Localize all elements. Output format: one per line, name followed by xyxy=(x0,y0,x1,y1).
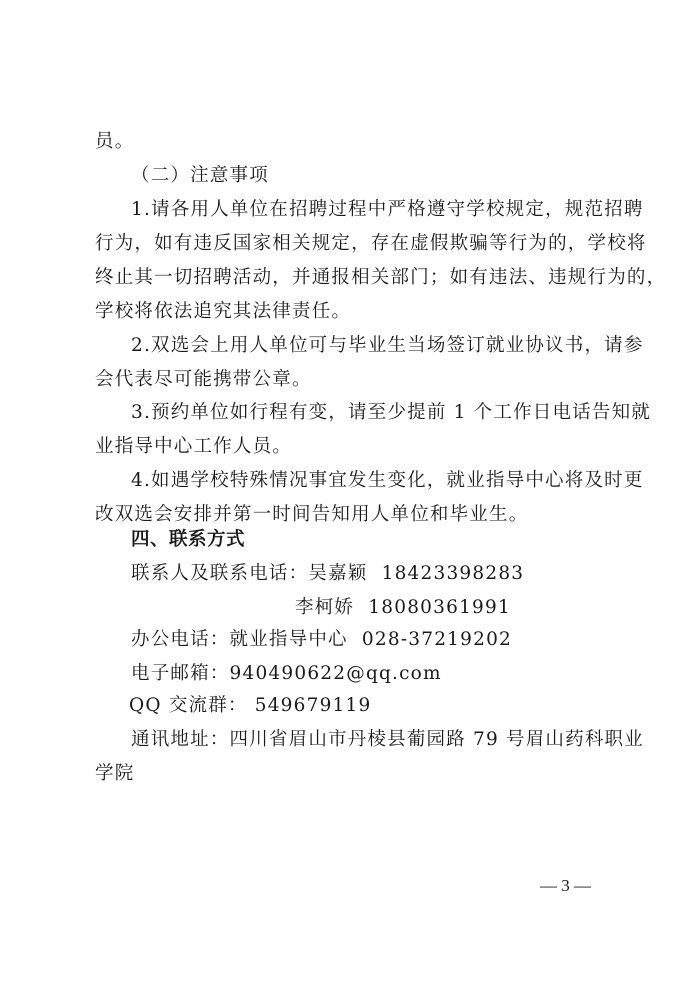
office-phone-row: 办公电话：就业指导中心 028-37219202 xyxy=(131,628,512,652)
office-phone: 028-37219202 xyxy=(362,629,512,650)
address-row: 通讯地址：四川省眉山市丹棱县葡园路 79 号眉山药科职业 xyxy=(131,728,644,752)
qq-label: QQ 交流群： xyxy=(129,695,248,716)
paragraph-line: 4.如遇学校特殊情况事宜发生变化，就业指导中心将及时更 xyxy=(131,469,644,493)
paragraph-line: 1.请各用人单位在招聘过程中严格遵守学校规定，规范招聘 xyxy=(131,198,644,222)
contact-phone: 18423398283 xyxy=(382,563,525,584)
email-row: 电子邮箱：940490622@qq.com xyxy=(131,662,442,686)
contact-row-1: 联系人及联系电话：吴嘉颖 18423398283 xyxy=(131,562,524,586)
address-label: 通讯地址： xyxy=(131,729,230,750)
contact-phone: 18080361991 xyxy=(368,597,511,618)
email-value: 940490622@qq.com xyxy=(230,663,442,684)
section-heading: 四、联系方式 xyxy=(131,528,245,552)
paragraph-line: 改双选会安排并第一时间告知用人单位和毕业生。 xyxy=(95,503,528,527)
paragraph-line: 会代表尽可能携带公章。 xyxy=(95,368,312,392)
address-continuation: 学院 xyxy=(95,762,134,786)
paragraph-line: 3.预约单位如行程有变，请至少提前 1 个工作日电话告知就 xyxy=(131,401,651,425)
document-page: 员。 （二）注意事项 1.请各用人单位在招聘过程中严格遵守学校规定，规范招聘 行… xyxy=(0,0,700,989)
address-value: 四川省眉山市丹棱县葡园路 79 号眉山药科职业 xyxy=(230,729,644,750)
contact-name: 李柯娇 xyxy=(295,597,354,618)
page-number: — 3 — xyxy=(540,876,591,896)
subsection-heading: （二）注意事项 xyxy=(131,164,269,188)
paragraph-line: 业指导中心工作人员。 xyxy=(95,435,292,459)
paragraph-line: 2.双选会上用人单位可与毕业生当场签订就业协议书，请参 xyxy=(131,334,644,358)
qq-value: 549679119 xyxy=(255,695,372,716)
paragraph-line: 终止其一切招聘活动，并通报相关部门；如有违法、违规行为的， xyxy=(95,266,666,290)
paragraph-line: 学校将依法追究其法律责任。 xyxy=(95,300,351,324)
contact-name: 吴嘉颖 xyxy=(308,563,367,584)
paragraph-line: 员。 xyxy=(95,130,134,154)
office-phone-dept: 就业指导中心 xyxy=(230,629,348,650)
email-label: 电子邮箱： xyxy=(131,663,230,684)
paragraph-line: 行为，如有违反国家相关规定，存在虚假欺骗等行为的，学校将 xyxy=(95,232,647,256)
qq-row: QQ 交流群： 549679119 xyxy=(129,694,371,718)
office-phone-label: 办公电话： xyxy=(131,629,230,650)
contact-label: 联系人及联系电话： xyxy=(131,563,308,584)
contact-row-2: 李柯娇 18080361991 xyxy=(295,596,511,620)
